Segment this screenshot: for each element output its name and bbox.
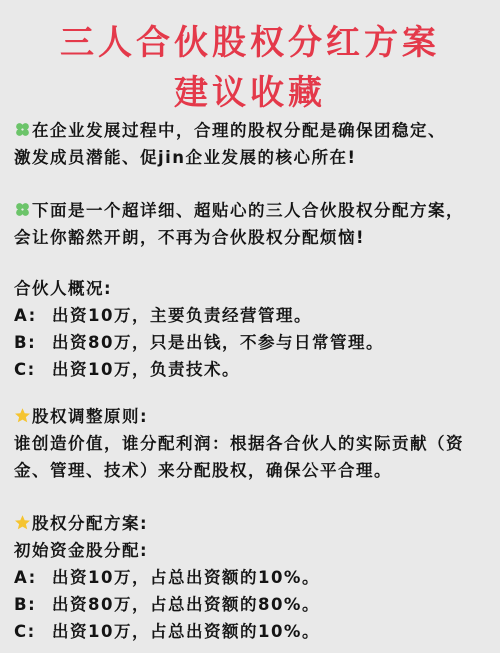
intro-paragraph-2: 下面是一个超详细、超贴心的三人合伙股权分配方案， 会让你豁然开朗，不再为合伙股权…	[14, 197, 492, 251]
plan-text: 出资80万，占总出资额的80%。	[52, 595, 320, 614]
plan-label: A:	[14, 564, 52, 591]
intro-line: 会让你豁然开朗，不再为合伙股权分配烦恼!	[14, 224, 492, 251]
plan-text: 出资10万，占总出资额的10%。	[52, 622, 320, 641]
plan-section: 股权分配方案: 初始资金股分配: A:出资10万，占总出资额的10%。 B:出资…	[14, 510, 492, 645]
partners-section: 合伙人概况: A:出资10万，主要负责经营管理。 B:出资80万，只是出钱，不参…	[14, 275, 492, 383]
plan-row-c: C:出资10万，占总出资额的10%。	[14, 618, 492, 645]
principle-heading: 股权调整原则:	[32, 407, 148, 426]
plan-subheading: 初始资金股分配:	[14, 537, 492, 564]
intro-line: 下面是一个超详细、超贴心的三人合伙股权分配方案，	[32, 201, 464, 220]
page-subtitle: 建议收藏	[14, 70, 486, 116]
clover-icon	[14, 201, 31, 218]
plan-heading: 股权分配方案:	[32, 514, 148, 533]
intro-paragraph-1: 在企业发展过程中，合理的股权分配是确保团稳定、 激发成员潜能、促jin企业发展的…	[14, 117, 492, 171]
title-block: 三人合伙股权分红方案 建议收藏	[14, 0, 486, 116]
principle-line: 金、管理、技术）来分配股权，确保公平合理。	[14, 457, 492, 484]
page-title: 三人合伙股权分红方案	[14, 20, 486, 66]
plan-row-b: B:出资80万，占总出资额的80%。	[14, 591, 492, 618]
plan-label: B:	[14, 591, 52, 618]
partner-row-c: C:出资10万，负责技术。	[14, 356, 492, 383]
plan-row-a: A:出资10万，占总出资额的10%。	[14, 564, 492, 591]
partner-label: C:	[14, 356, 52, 383]
star-icon	[14, 407, 31, 424]
article-page: 三人合伙股权分红方案 建议收藏 在企业发展过程中，合理的股权分配是确保团稳定、 …	[0, 0, 500, 653]
intro-line: 激发成员潜能、促jin企业发展的核心所在!	[14, 144, 492, 171]
partner-row-b: B:出资80万，只是出钱，不参与日常管理。	[14, 329, 492, 356]
principle-line: 谁创造价值，谁分配利润：根据各合伙人的实际贡献（资	[14, 430, 492, 457]
partner-text: 出资80万，只是出钱，不参与日常管理。	[52, 333, 384, 352]
intro-line: 在企业发展过程中，合理的股权分配是确保团稳定、	[32, 121, 446, 140]
star-icon	[14, 514, 31, 531]
plan-label: C:	[14, 618, 52, 645]
partner-text: 出资10万，负责技术。	[52, 360, 240, 379]
partner-text: 出资10万，主要负责经营管理。	[52, 306, 312, 325]
partner-label: A:	[14, 302, 52, 329]
principle-section: 股权调整原则: 谁创造价值，谁分配利润：根据各合伙人的实际贡献（资 金、管理、技…	[14, 403, 492, 484]
partner-row-a: A:出资10万，主要负责经营管理。	[14, 302, 492, 329]
partner-label: B:	[14, 329, 52, 356]
partners-heading: 合伙人概况:	[14, 275, 492, 302]
plan-text: 出资10万，占总出资额的10%。	[52, 568, 320, 587]
clover-icon	[14, 121, 31, 138]
